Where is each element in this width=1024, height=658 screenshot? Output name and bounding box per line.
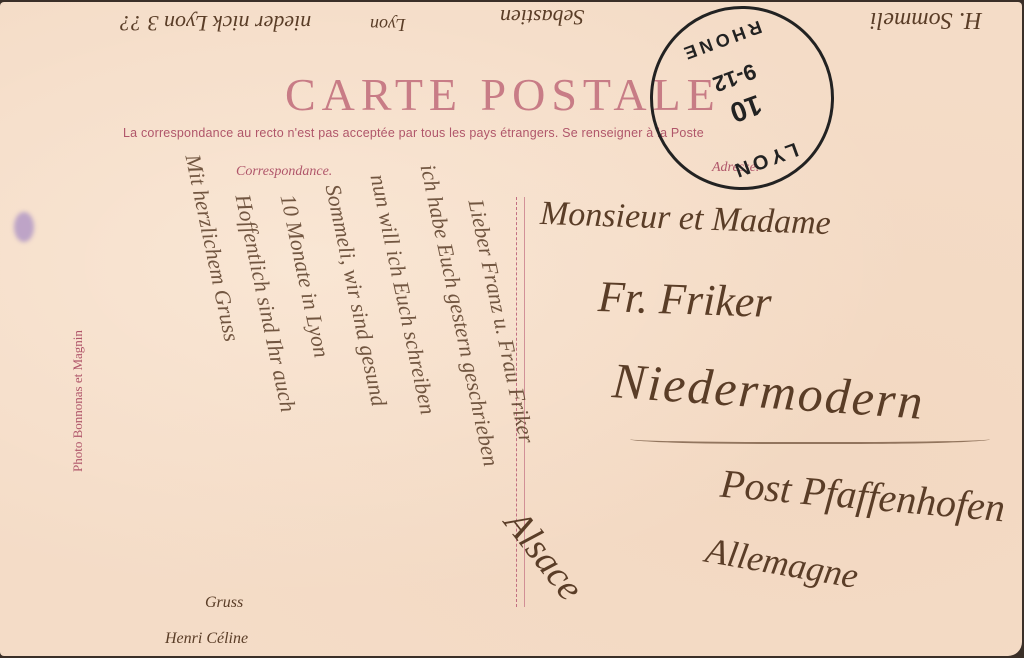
handwritten-top-note: Sebastien	[500, 4, 584, 30]
message-signature: Henri Céline	[165, 630, 248, 648]
town-underline	[630, 432, 990, 444]
message-line: Mit herzlichem Gruss	[180, 152, 245, 344]
handwritten-top-note: H. Sommeli	[870, 6, 982, 33]
handwritten-top-note: Lyon	[370, 14, 405, 35]
address-line-region: Alsace	[495, 502, 592, 609]
photo-credit: Photo Bonnonas et Magnin	[70, 330, 86, 472]
postcard: CARTE POSTALE La correspondance au recto…	[0, 2, 1022, 656]
message-greeting: Gruss	[205, 594, 243, 612]
address-line-town: Niedermodern	[610, 351, 926, 431]
ink-smudge	[14, 212, 34, 242]
address-line-recipient-title: Monsieur et Madame	[539, 195, 831, 243]
address-line-name: Fr. Friker	[597, 271, 772, 328]
printed-notice: La correspondance au recto n'est pas acc…	[123, 126, 704, 140]
postmark-stamp: LYON 10 9-12 RHONE	[624, 2, 860, 216]
correspondance-label: Correspondance.	[236, 164, 332, 180]
address-line-country: Allemagne	[703, 529, 862, 597]
handwritten-top-note: nieder nick Lyon 3 ??	[120, 10, 311, 36]
address-line-post: Post Pfaffenhofen	[718, 460, 1007, 532]
